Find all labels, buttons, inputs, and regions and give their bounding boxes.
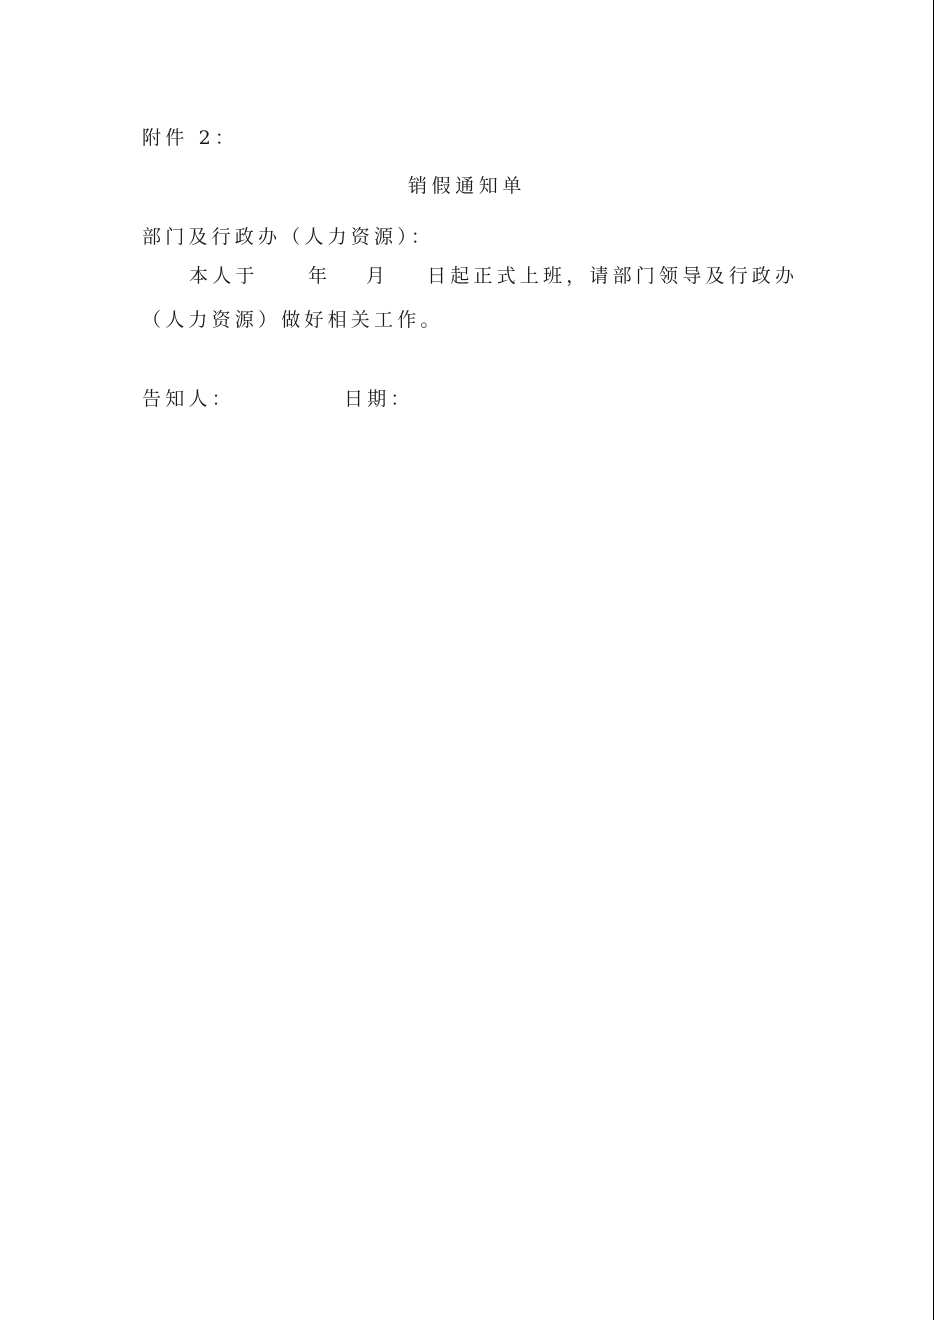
year-label: 年	[308, 264, 331, 288]
attachment-label: 附件 2：	[142, 126, 238, 150]
signature-row: 告知人： 日期：	[142, 387, 162, 459]
body-prefix: 本人于	[189, 264, 259, 288]
date-label: 日期：	[344, 387, 414, 411]
month-label: 月	[366, 264, 389, 288]
body-suffix: 日起正式上班，请部门领导及行政办	[427, 264, 798, 288]
salutation: 部门及行政办（人力资源）：	[142, 225, 434, 249]
document-title: 销假通知单	[408, 174, 526, 198]
signer-label: 告知人：	[142, 387, 235, 411]
body-line-2: （人力资源）做好相关工作。	[142, 308, 444, 332]
